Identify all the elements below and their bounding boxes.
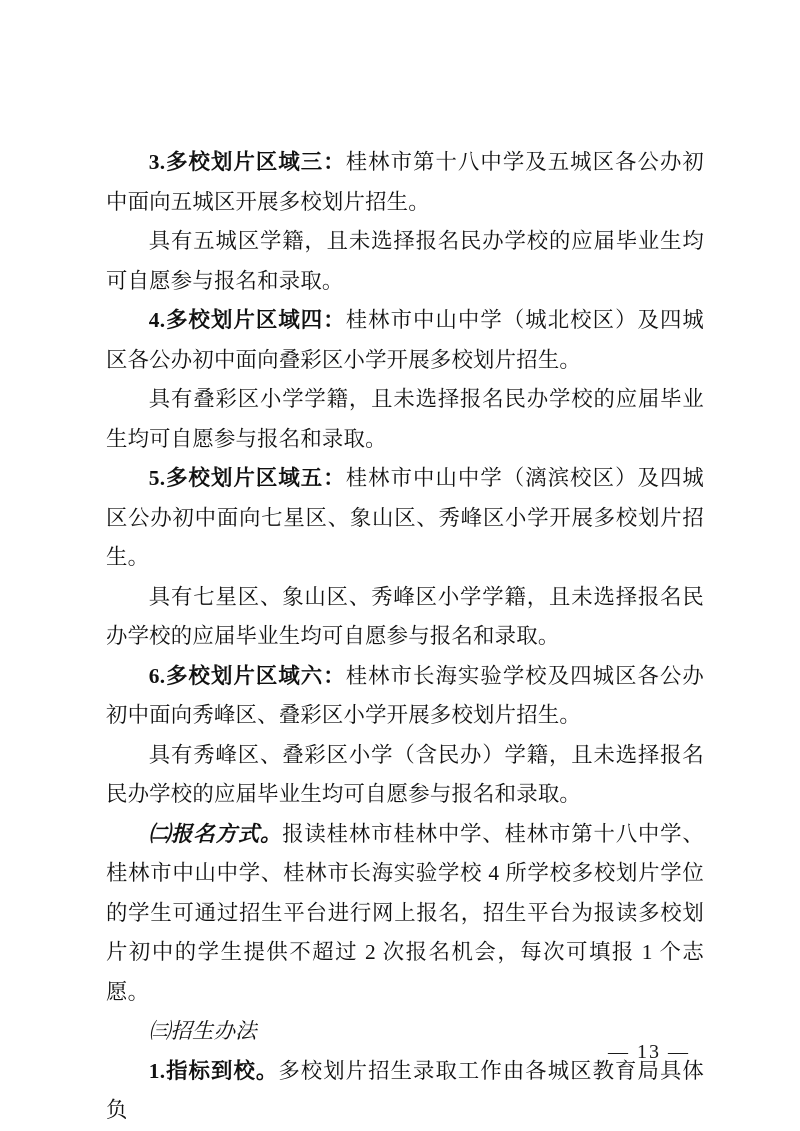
text-run-normal: 具有五城区学籍，且未选择报名民办学校的应届毕业生均可自愿参与报名和录取。 xyxy=(106,229,704,293)
paragraph: 6.多校划片区域六：桂林市长海实验学校及四城区各公办初中面向秀峰区、叠彩区小学开… xyxy=(106,657,704,736)
paragraph: 具有五城区学籍，且未选择报名民办学校的应届毕业生均可自愿参与报名和录取。 xyxy=(106,222,704,301)
paragraph: 具有秀峰区、叠彩区小学（含民办）学籍，且未选择报名民办学校的应届毕业生均可自愿参… xyxy=(106,736,704,815)
paragraph: 4.多校划片区域四：桂林市中山中学（城北校区）及四城区各公办初中面向叠彩区小学开… xyxy=(106,301,704,380)
document-body: 3.多校划片区域三：桂林市第十八中学及五城区各公办初中面向五城区开展多校划片招生… xyxy=(106,143,704,1131)
paragraph: 具有叠彩区小学学籍，且未选择报名民办学校的应届毕业生均可自愿参与报名和录取。 xyxy=(106,380,704,459)
text-run-italic: ㈢招生办法 xyxy=(149,1019,257,1043)
paragraph: ㈡报名方式。报读桂林市桂林中学、桂林市第十八中学、桂林市中山中学、桂林市长海实验… xyxy=(106,815,704,1013)
paragraph: 具有七星区、象山区、秀峰区小学学籍，且未选择报名民办学校的应届毕业生均可自愿参与… xyxy=(106,578,704,657)
text-run-bold: 1.指标到校。 xyxy=(149,1059,279,1083)
text-run-normal: 具有七星区、象山区、秀峰区小学学籍，且未选择报名民办学校的应届毕业生均可自愿参与… xyxy=(106,585,704,649)
text-run-normal: 具有秀峰区、叠彩区小学（含民办）学籍，且未选择报名民办学校的应届毕业生均可自愿参… xyxy=(106,743,704,807)
text-run-bold: 6.多校划片区域六： xyxy=(149,664,346,688)
document-page: 3.多校划片区域三：桂林市第十八中学及五城区各公办初中面向五城区开展多校划片招生… xyxy=(0,0,800,1131)
text-run-normal: 具有叠彩区小学学籍，且未选择报名民办学校的应届毕业生均可自愿参与报名和录取。 xyxy=(106,387,704,451)
page-number: — 13 — xyxy=(608,1040,690,1064)
text-run-normal: 报读桂林市桂林中学、桂林市第十八中学、桂林市中山中学、桂林市长海实验学校 4 所… xyxy=(106,822,704,1004)
text-run-bold: 5.多校划片区域五： xyxy=(149,466,346,490)
text-run-bold-italic: ㈡报名方式。 xyxy=(149,822,282,846)
text-run-bold: 4.多校划片区域四： xyxy=(149,308,346,332)
text-run-bold: 3.多校划片区域三： xyxy=(149,150,346,174)
paragraph: 3.多校划片区域三：桂林市第十八中学及五城区各公办初中面向五城区开展多校划片招生… xyxy=(106,143,704,222)
paragraph: 5.多校划片区域五：桂林市中山中学（漓滨校区）及四城区公办初中面向七星区、象山区… xyxy=(106,459,704,578)
